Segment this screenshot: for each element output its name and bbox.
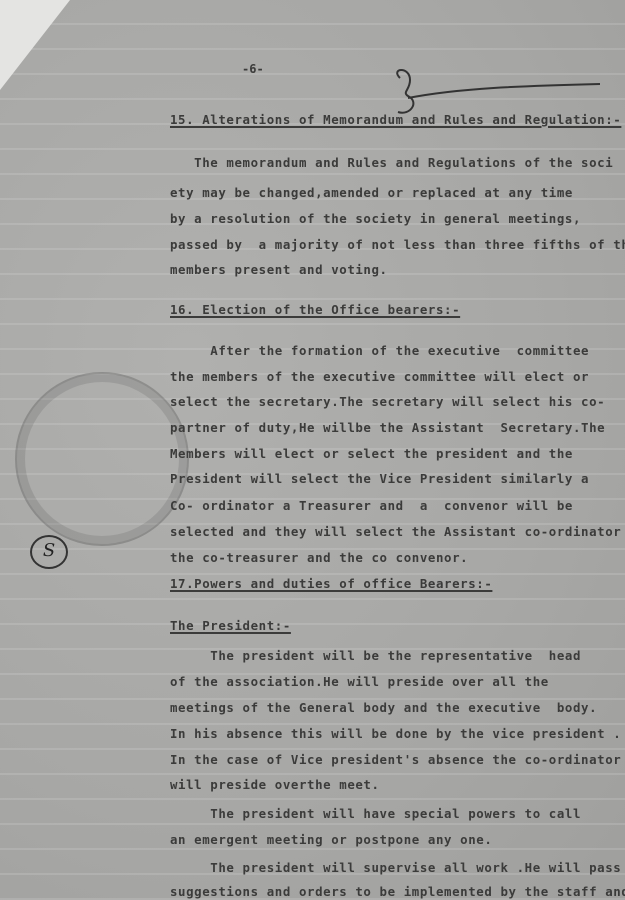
body-line: partner of duty,He willbe the Assistant …: [170, 420, 605, 435]
body-line: select the secretary.The secretary will …: [170, 394, 605, 409]
body-line: will preside overthe meet.: [170, 777, 380, 792]
body-line: by a resolution of the society in genera…: [170, 211, 581, 226]
handwritten-initials-mark: S: [30, 535, 68, 569]
section-heading-16: 16. Election of the Office bearers:-: [170, 302, 460, 317]
body-line: In his absence this will be done by the …: [170, 726, 621, 741]
section-heading-15: 15. Alterations of Memorandum and Rules …: [170, 112, 621, 127]
body-line: In the case of Vice president's absence …: [170, 752, 621, 767]
scanned-page: S -6- 15. Alterations of Memorandum and …: [0, 0, 625, 900]
body-line: The memorandum and Rules and Regulations…: [170, 155, 613, 170]
body-line: members present and voting.: [170, 262, 388, 277]
body-line: After the formation of the executive com…: [170, 343, 589, 358]
handwritten-scribble-icon: [380, 68, 620, 118]
body-line: meetings of the General body and the exe…: [170, 700, 597, 715]
body-line: of the association.He will preside over …: [170, 674, 549, 689]
body-line: suggestions and orders to be implemented…: [170, 884, 625, 899]
body-line: an emergent meeting or postpone any one.: [170, 832, 492, 847]
folded-corner: [0, 0, 70, 90]
body-line: passed by a majority of not less than th…: [170, 237, 625, 252]
section-heading-17: 17.Powers and duties of office Bearers:-: [170, 576, 492, 591]
body-line: the members of the executive committee w…: [170, 369, 589, 384]
body-line: Members will elect or select the preside…: [170, 446, 573, 461]
subheading-president: The President:-: [170, 618, 291, 633]
body-line: The president will supervise all work .H…: [170, 860, 621, 875]
body-line: President will select the Vice President…: [170, 471, 589, 486]
body-line: the co-treasurer and the co convenor.: [170, 550, 468, 565]
body-line: selected and they will select the Assist…: [170, 524, 621, 539]
circular-seal-stamp: [15, 372, 189, 546]
body-line: The president will be the representative…: [170, 648, 581, 663]
body-line: ety may be changed,amended or replaced a…: [170, 185, 573, 200]
page-number: -6-: [242, 62, 264, 76]
body-line: Co- ordinator a Treasurer and a convenor…: [170, 498, 573, 513]
body-line: The president will have special powers t…: [170, 806, 581, 821]
